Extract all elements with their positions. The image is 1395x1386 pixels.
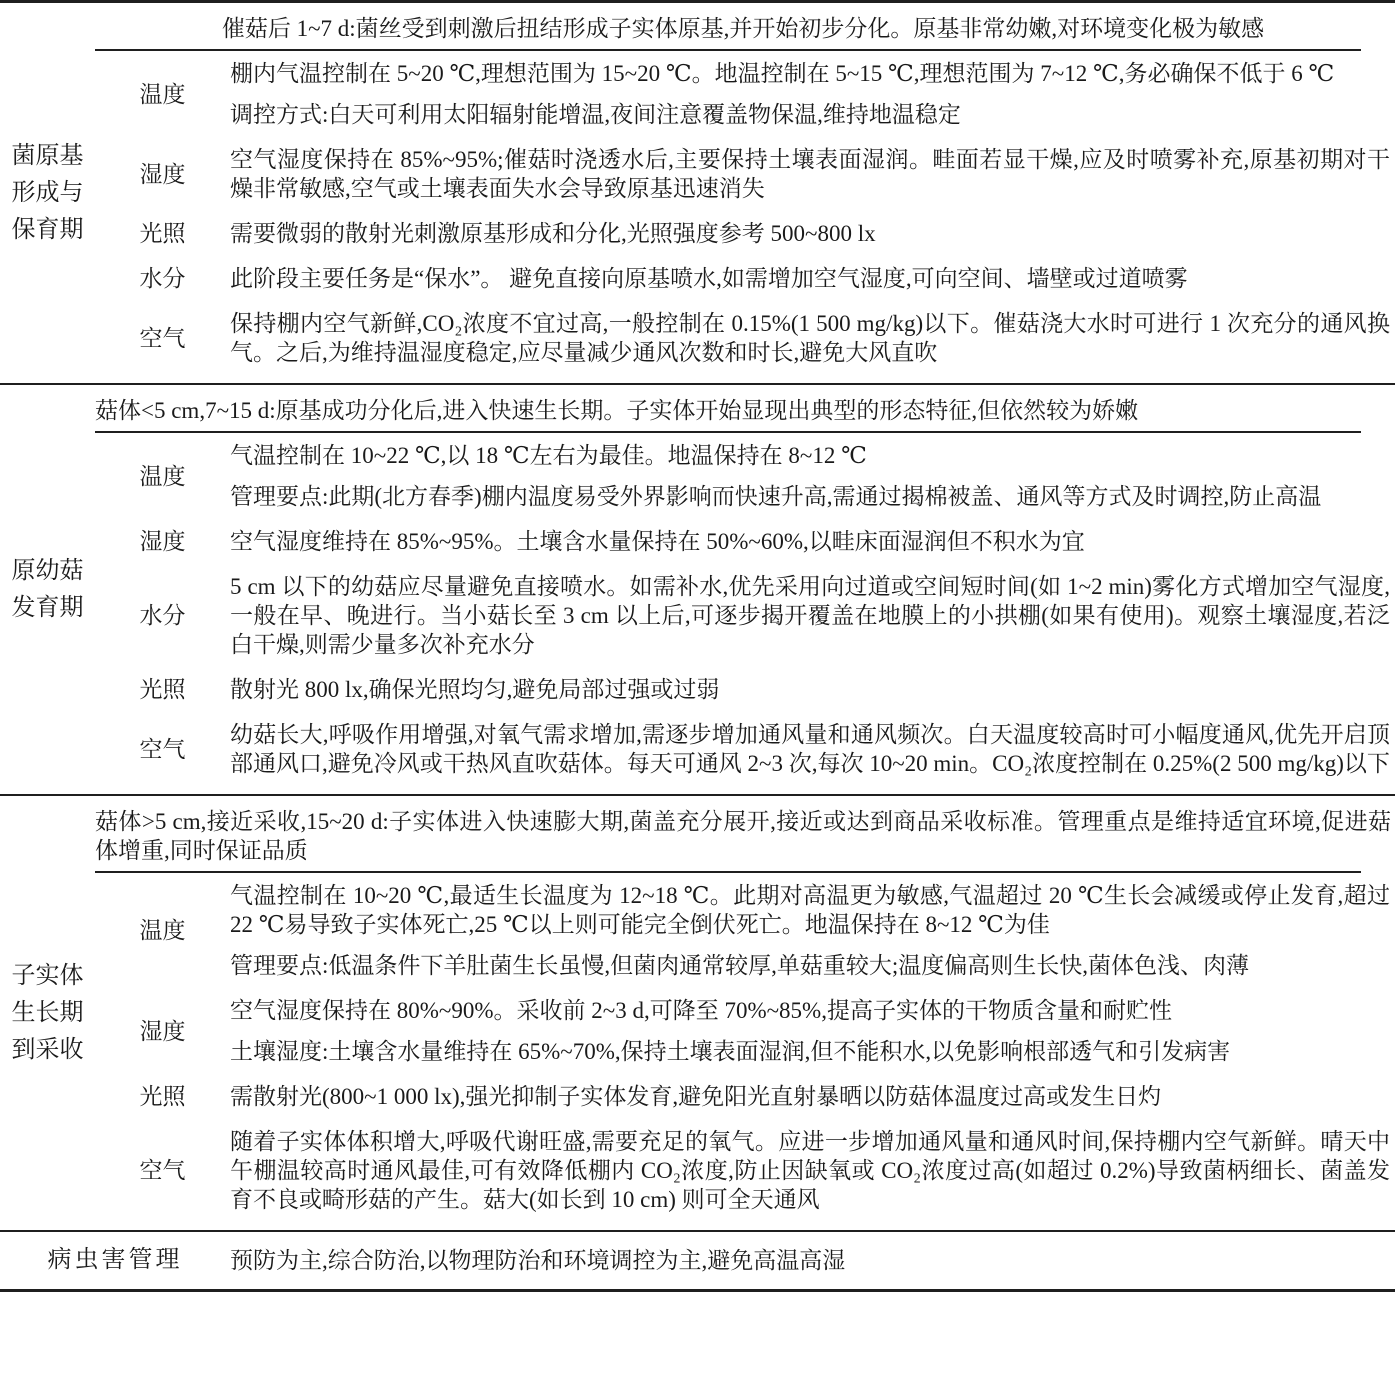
attr-content: 需散射光(800~1 000 lx),强光抑制子实体发育,避免阳光直射暴晒以防菇…: [230, 1082, 1395, 1111]
attr-paragraph: 需要微弱的散射光刺激原基形成和分化,光照强度参考 500~800 lx: [230, 219, 1390, 248]
attr-paragraph: 随着子实体体积增大,呼吸代谢旺盛,需要充足的氧气。应进一步增加通风量和通风时间,…: [230, 1127, 1390, 1214]
attr-label: 空气: [95, 1127, 230, 1214]
row-air: 空气 保持棚内空气新鲜,CO₂浓度不宜过高,一般控制在 0.15%(1 500 …: [95, 301, 1395, 375]
attr-paragraph: 需散射光(800~1 000 lx),强光抑制子实体发育,避免阳光直射暴晒以防菇…: [230, 1082, 1390, 1111]
pest-management-text: 预防为主,综合防治,以物理防治和环境调控为主,避免高温高湿: [230, 1246, 1395, 1275]
row-water: 水分 5 cm 以下的幼菇应尽量避免直接喷水。如需补水,优先采用向过道或空间短时…: [95, 564, 1395, 667]
row-pest-management: 病虫害管理 预防为主,综合防治,以物理防治和环境调控为主,避免高温高湿: [0, 1232, 1395, 1289]
stage-section-fruiting-to-harvest: 子实体 生长期 到采收 菇体>5 cm,接近采收,15~20 d:子实体进入快速…: [0, 796, 1395, 1230]
attr-label: 湿度: [95, 996, 230, 1066]
attr-content: 空气湿度维持在 85%~95%。土壤含水量保持在 50%~60%,以畦床面湿润但…: [230, 527, 1395, 556]
stage-intro: 催菇后 1~7 d:菌丝受到刺激后扭结形成子实体原基,并开始初步分化。原基非常幼…: [95, 11, 1395, 49]
row-water: 水分 此阶段主要任务是“保水”。 避免直接向原基喷水,如需增加空气湿度,可向空间…: [95, 256, 1395, 301]
row-temperature: 温度 气温控制在 10~20 ℃,最适生长温度为 12~18 ℃。此期对高温更为…: [95, 873, 1395, 988]
attr-content: 5 cm 以下的幼菇应尽量避免直接喷水。如需补水,优先采用向过道或空间短时间(如…: [230, 572, 1395, 659]
row-light: 光照 散射光 800 lx,确保光照均匀,避免局部过强或过弱: [95, 667, 1395, 712]
row-humidity: 湿度 空气湿度保持在 85%~95%;催菇时浇透水后,主要保持土壤表面湿润。畦面…: [95, 137, 1395, 211]
row-light: 光照 需散射光(800~1 000 lx),强光抑制子实体发育,避免阳光直射暴晒…: [95, 1074, 1395, 1119]
row-temperature: 温度 棚内气温控制在 5~20 ℃,理想范围为 15~20 ℃。地温控制在 5~…: [95, 51, 1395, 137]
document-page: 菌原基 形成与 保育期 催菇后 1~7 d:菌丝受到刺激后扭结形成子实体原基,并…: [0, 0, 1395, 1386]
attr-label: 光照: [95, 675, 230, 704]
attr-label: 温度: [95, 881, 230, 980]
stage-body: 菇体<5 cm,7~15 d:原基成功分化后,进入快速生长期。子实体开始显现出典…: [95, 393, 1395, 786]
attr-label: 温度: [95, 59, 230, 129]
attr-paragraph: 空气湿度保持在 80%~90%。采收前 2~3 d,可降至 70%~85%,提高…: [230, 996, 1390, 1025]
row-temperature: 温度 气温控制在 10~22 ℃,以 18 ℃左右为最佳。地温保持在 8~12 …: [95, 433, 1395, 519]
table-bottom-rule: [0, 1289, 1395, 1292]
attr-paragraph: 气温控制在 10~22 ℃,以 18 ℃左右为最佳。地温保持在 8~12 ℃: [230, 441, 1390, 470]
attr-label: 空气: [95, 309, 230, 367]
attr-paragraph: 调控方式:白天可利用太阳辐射能增温,夜间注意覆盖物保温,维持地温稳定: [230, 100, 1390, 129]
attr-paragraph: 管理要点:低温条件下羊肚菌生长虽慢,但菌肉通常较厚,单菇重较大;温度偏高则生长快…: [230, 951, 1390, 980]
attr-paragraph: 5 cm 以下的幼菇应尽量避免直接喷水。如需补水,优先采用向过道或空间短时间(如…: [230, 572, 1390, 659]
attr-paragraph: 气温控制在 10~20 ℃,最适生长温度为 12~18 ℃。此期对高温更为敏感,…: [230, 881, 1390, 939]
attr-paragraph: 空气湿度保持在 85%~95%;催菇时浇透水后,主要保持土壤表面湿润。畦面若显干…: [230, 145, 1390, 203]
row-air: 空气 随着子实体体积增大,呼吸代谢旺盛,需要充足的氧气。应进一步增加通风量和通风…: [95, 1119, 1395, 1222]
attr-content: 幼菇长大,呼吸作用增强,对氧气需求增加,需逐步增加通风量和通风频次。白天温度较高…: [230, 720, 1395, 778]
attr-content: 空气湿度保持在 85%~95%;催菇时浇透水后,主要保持土壤表面湿润。畦面若显干…: [230, 145, 1395, 203]
stage-body: 催菇后 1~7 d:菌丝受到刺激后扭结形成子实体原基,并开始初步分化。原基非常幼…: [95, 11, 1395, 375]
stage-section-primordia: 菌原基 形成与 保育期 催菇后 1~7 d:菌丝受到刺激后扭结形成子实体原基,并…: [0, 3, 1395, 383]
attr-paragraph: 保持棚内空气新鲜,CO₂浓度不宜过高,一般控制在 0.15%(1 500 mg/…: [230, 309, 1390, 367]
attr-label: 湿度: [95, 145, 230, 203]
attr-content: 散射光 800 lx,确保光照均匀,避免局部过强或过弱: [230, 675, 1395, 704]
row-air: 空气 幼菇长大,呼吸作用增强,对氧气需求增加,需逐步增加通风量和通风频次。白天温…: [95, 712, 1395, 786]
row-humidity: 湿度 空气湿度保持在 80%~90%。采收前 2~3 d,可降至 70%~85%…: [95, 988, 1395, 1074]
stage-intro: 菇体>5 cm,接近采收,15~20 d:子实体进入快速膨大期,菌盖充分展开,接…: [95, 804, 1395, 871]
attr-paragraph: 空气湿度维持在 85%~95%。土壤含水量保持在 50%~60%,以畦床面湿润但…: [230, 527, 1390, 556]
attr-paragraph: 幼菇长大,呼吸作用增强,对氧气需求增加,需逐步增加通风量和通风频次。白天温度较高…: [230, 720, 1390, 778]
attr-label: 空气: [95, 720, 230, 778]
attr-content: 需要微弱的散射光刺激原基形成和分化,光照强度参考 500~800 lx: [230, 219, 1395, 248]
attr-paragraph: 管理要点:此期(北方春季)棚内温度易受外界影响而快速升高,需通过揭棉被盖、通风等…: [230, 482, 1390, 511]
row-humidity: 湿度 空气湿度维持在 85%~95%。土壤含水量保持在 50%~60%,以畦床面…: [95, 519, 1395, 564]
attr-content: 气温控制在 10~20 ℃,最适生长温度为 12~18 ℃。此期对高温更为敏感,…: [230, 881, 1395, 980]
attr-paragraph: 土壤湿度:土壤含水量维持在 65%~70%,保持土壤表面湿润,但不能积水,以免影…: [230, 1037, 1390, 1066]
stage-intro: 菇体<5 cm,7~15 d:原基成功分化后,进入快速生长期。子实体开始显现出典…: [95, 393, 1395, 431]
stage-name: 菌原基 形成与 保育期: [0, 11, 95, 375]
pest-management-label: 病虫害管理: [0, 1246, 230, 1275]
attr-content: 随着子实体体积增大,呼吸代谢旺盛,需要充足的氧气。应进一步增加通风量和通风时间,…: [230, 1127, 1395, 1214]
row-light: 光照 需要微弱的散射光刺激原基形成和分化,光照强度参考 500~800 lx: [95, 211, 1395, 256]
attr-content: 空气湿度保持在 80%~90%。采收前 2~3 d,可降至 70%~85%,提高…: [230, 996, 1395, 1066]
attr-content: 气温控制在 10~22 ℃,以 18 ℃左右为最佳。地温保持在 8~12 ℃ 管…: [230, 441, 1395, 511]
attr-label: 光照: [95, 219, 230, 248]
stage-body: 菇体>5 cm,接近采收,15~20 d:子实体进入快速膨大期,菌盖充分展开,接…: [95, 804, 1395, 1222]
attr-content: 保持棚内空气新鲜,CO₂浓度不宜过高,一般控制在 0.15%(1 500 mg/…: [230, 309, 1395, 367]
attr-label: 水分: [95, 572, 230, 659]
attr-label: 湿度: [95, 527, 230, 556]
attr-label: 光照: [95, 1082, 230, 1111]
attr-content: 棚内气温控制在 5~20 ℃,理想范围为 15~20 ℃。地温控制在 5~15 …: [230, 59, 1395, 129]
attr-paragraph: 此阶段主要任务是“保水”。 避免直接向原基喷水,如需增加空气湿度,可向空间、墙壁…: [230, 264, 1390, 293]
stage-name: 子实体 生长期 到采收: [0, 804, 95, 1222]
attr-label: 温度: [95, 441, 230, 511]
attr-paragraph: 散射光 800 lx,确保光照均匀,避免局部过强或过弱: [230, 675, 1390, 704]
attr-label: 水分: [95, 264, 230, 293]
attr-content: 此阶段主要任务是“保水”。 避免直接向原基喷水,如需增加空气湿度,可向空间、墙壁…: [230, 264, 1395, 293]
stage-name: 原幼菇 发育期: [0, 393, 95, 786]
attr-paragraph: 棚内气温控制在 5~20 ℃,理想范围为 15~20 ℃。地温控制在 5~15 …: [230, 59, 1390, 88]
stage-section-young-mushroom: 原幼菇 发育期 菇体<5 cm,7~15 d:原基成功分化后,进入快速生长期。子…: [0, 385, 1395, 794]
